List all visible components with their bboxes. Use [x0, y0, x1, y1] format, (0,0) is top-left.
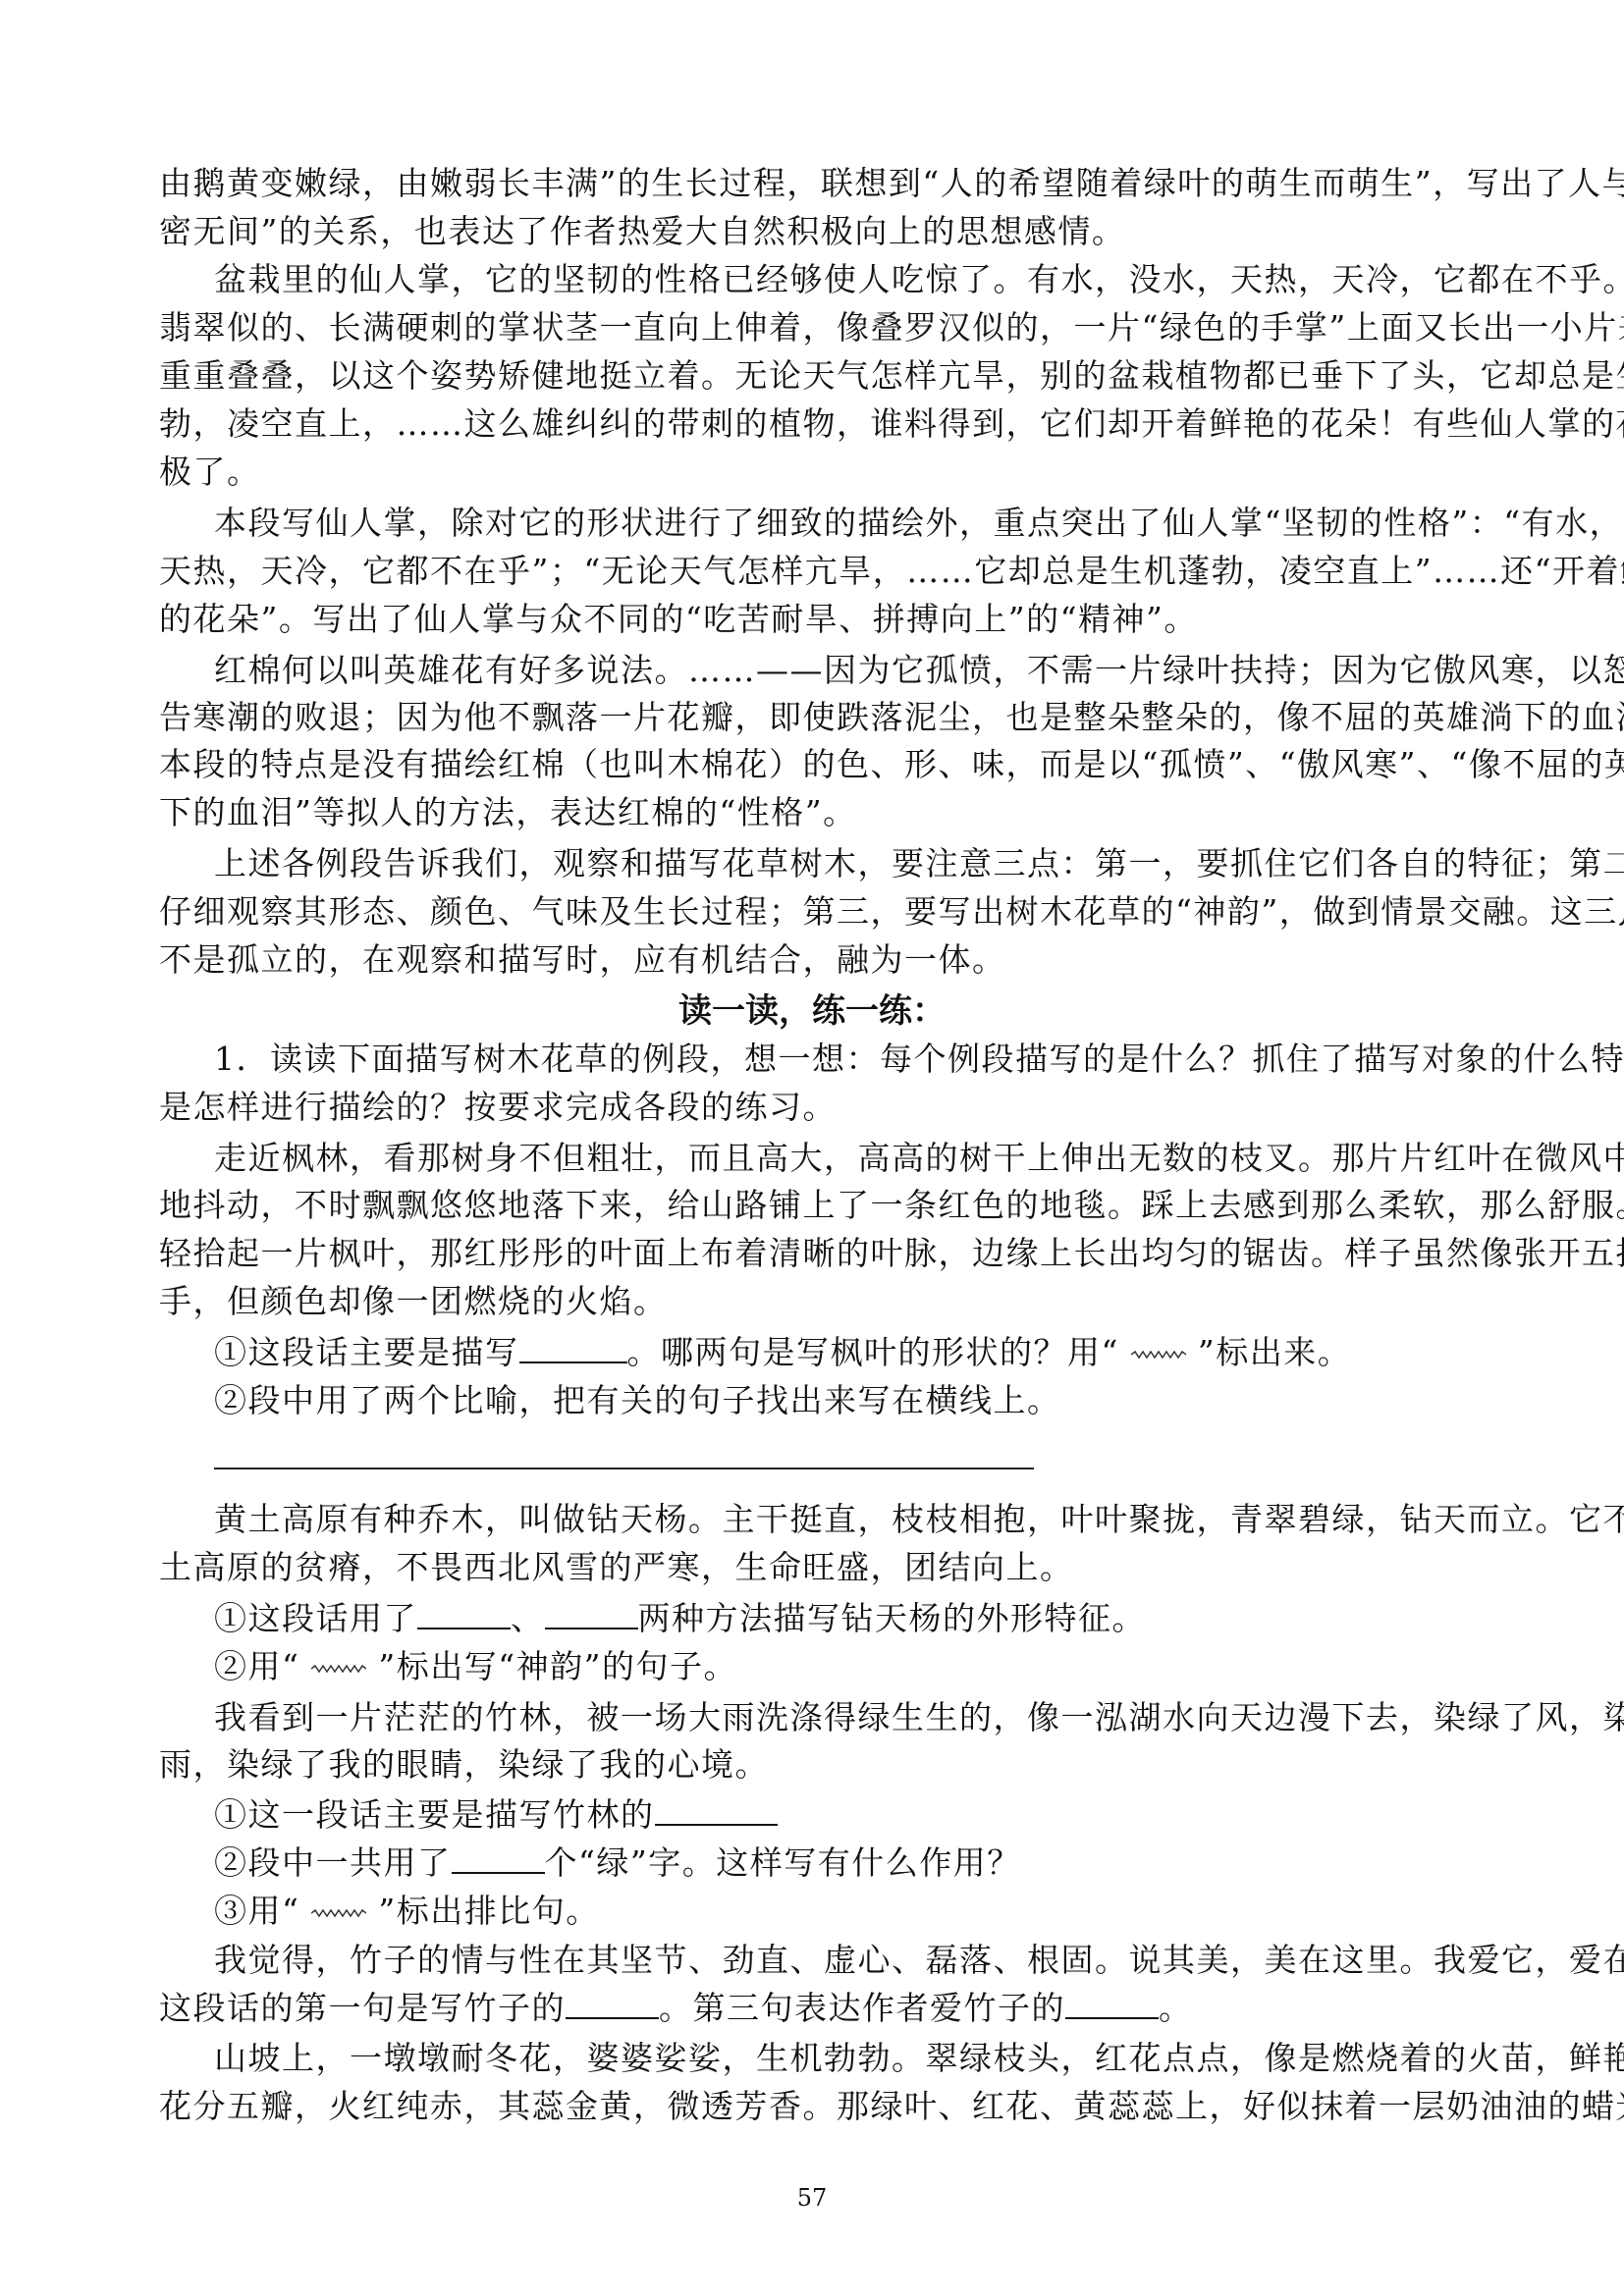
text-line: 是怎样进行描绘的？按要求完成各段的练习。: [159, 1088, 837, 1127]
text-line: 手，但颜色却像一团燃烧的火焰。: [159, 1282, 668, 1321]
text-line: 1．读读下面描写树木花草的例段，想一想：每个例段描写的是什么？抓住了描写对象的什…: [214, 1040, 1529, 1079]
text-line: 雨，染绿了我的眼睛，染绿了我的心境。: [159, 1745, 769, 1785]
text-line: 上述各例段告诉我们，观察和描写花草树木，要注意三点：第一，要抓住它们各自的特征；…: [214, 844, 1529, 883]
text-line: 地抖动，不时飘飘悠悠地落下来，给山路铺上了一条红色的地毯。踩上去感到那么柔软，那…: [159, 1186, 1529, 1225]
text-line: 我看到一片茫茫的竹林，被一场大雨洗涤得绿生生的，像一泓湖水向天边漫下去，染绿了风…: [214, 1698, 1529, 1737]
question-text: ②用“: [214, 1647, 299, 1685]
text-line: 下的血泪”等拟人的方法，表达红棉的“性格”。: [159, 793, 857, 832]
answer-blank[interactable]: [519, 1334, 627, 1363]
question-text: ”标出排比句。: [378, 1892, 599, 1930]
text-line: 本段的特点是没有描绘红棉（也叫木棉花）的色、形、味，而是以“孤愤”、“傲风寒”、…: [159, 745, 1529, 784]
question-text: 、: [511, 1599, 545, 1637]
question-text: ①这段话主要是描写: [214, 1333, 519, 1371]
answer-blank[interactable]: [655, 1796, 778, 1826]
question-bamboo-character: 这段话的第一句是写竹子的。第三句表达作者爱竹子的。: [159, 1989, 1193, 2028]
question-text: ”标出写“神韵”的句子。: [378, 1647, 737, 1685]
text-line: 不是孤立的，在观察和描写时，应有机结合，融为一体。: [159, 940, 1006, 980]
section-heading: 读一读，练一练：: [0, 991, 1624, 1031]
wavy-underline-icon: [311, 1908, 366, 1918]
question-text: ③用“: [214, 1892, 299, 1930]
question-text: 这段话的第一句是写竹子的: [159, 1989, 566, 2027]
text-line: 翡翠似的、长满硬刺的掌状茎一直向上伸着，像叠罗汉似的，一片“绿色的手掌”上面又长…: [159, 308, 1529, 347]
text-line: 密无间”的关系，也表达了作者热爱大自然积极向上的思想感情。: [159, 212, 1125, 251]
answer-blank[interactable]: [1065, 1990, 1159, 2019]
question-poplar-1: ①这段话用了、两种方法描写钻天杨的外形特征。: [214, 1599, 1146, 1638]
question-bamboo-2: ②段中一共用了个“绿”字。这样写有什么作用？: [214, 1843, 1021, 1883]
page-number: 57: [0, 2184, 1624, 2212]
text-line: 的花朵”。写出了仙人掌与众不同的“吃苦耐旱、拼搏向上”的“精神”。: [159, 600, 1198, 639]
question-bamboo-3: ③用“ ”标出排比句。: [214, 1892, 600, 1931]
wavy-underline-icon: [1131, 1350, 1186, 1360]
question-text: ①这段话用了: [214, 1599, 417, 1637]
answer-blank[interactable]: [566, 1990, 659, 2019]
question-bamboo-1: ①这一段话主要是描写竹林的: [214, 1795, 778, 1835]
text-line: 告寒潮的败退；因为他不飘落一片花瓣，即使跌落泥尘，也是整朵整朵的，像不屈的英雄淌…: [159, 698, 1624, 737]
text-line: 山坡上，一墩墩耐冬花，婆婆娑娑，生机勃勃。翠绿枝头，红花点点，像是燃烧着的火苗，…: [214, 2039, 1529, 2078]
text-line: 轻拾起一片枫叶，那红彤彤的叶面上布着清晰的叶脉，边缘上长出均匀的锯齿。样子虽然像…: [159, 1234, 1529, 1273]
text-line: 土高原的贫瘠，不畏西北风雪的严寒，生命旺盛，团结向上。: [159, 1548, 1074, 1587]
question-maple-2: ②段中用了两个比喻，把有关的句子找出来写在横线上。: [214, 1381, 1061, 1420]
question-maple-1: ①这段话主要是描写。哪两句是写枫叶的形状的？用“ ”标出来。: [214, 1333, 1351, 1372]
question-text: 个“绿”字。这样写有什么作用？: [545, 1843, 1021, 1882]
text-line: 勃，凌空直上，……这么雄纠纠的带刺的植物，谁料得到，它们却开着鲜艳的花朵！有些仙…: [159, 404, 1529, 444]
answer-blank[interactable]: [452, 1844, 545, 1874]
question-text: 两种方法描写钻天杨的外形特征。: [638, 1599, 1147, 1637]
text-line: 由鹅黄变嫩绿，由嫩弱长丰满”的生长过程，联想到“人的希望随着绿叶的萌生而萌生”，…: [159, 164, 1529, 203]
wavy-underline-icon: [311, 1664, 366, 1674]
text-line: 花分五瓣，火红纯赤，其蕊金黄，微透芳香。那绿叶、红花、黄蕊蕊上，好似抹着一层奶油…: [159, 2087, 1624, 2126]
text-line: 本段写仙人掌，除对它的形状进行了细致的描绘外，重点突出了仙人掌“坚韧的性格”：“…: [214, 504, 1529, 543]
answer-blank[interactable]: [417, 1600, 511, 1629]
text-line: 天热，天冷，它都不在乎”；“无论天气怎样亢旱，……它却总是生机蓬勃，凌空直上”……: [159, 552, 1529, 591]
text-line: 仔细观察其形态、颜色、气味及生长过程；第三，要写出树木花草的“神韵”，做到情景交…: [159, 892, 1529, 932]
question-poplar-2: ②用“ ”标出写“神韵”的句子。: [214, 1647, 737, 1686]
answer-blank[interactable]: [545, 1600, 638, 1629]
text-line: 我觉得，竹子的情与性在其坚节、劲直、虚心、磊落、根固。说其美，美在这里。我爱它，…: [214, 1941, 1529, 1980]
question-text: ”标出来。: [1198, 1333, 1351, 1371]
text-line: 盆栽里的仙人掌，它的坚韧的性格已经够使人吃惊了。有水，没水，天热，天冷，它都在不…: [214, 260, 1529, 299]
question-text: ②段中一共用了: [214, 1843, 452, 1882]
text-line: 重重叠叠，以这个姿势矫健地挺立着。无论天气怎样亢旱，别的盆栽植物都已垂下了头，它…: [159, 356, 1529, 396]
question-text: 。哪两句是写枫叶的形状的？用“: [627, 1333, 1119, 1371]
question-text: 。: [1159, 1989, 1193, 2027]
text-line: 红棉何以叫英雄花有好多说法。……——因为它孤愤，不需一片绿叶扶持；因为它傲风寒，…: [214, 651, 1529, 690]
text-line: 极了。: [159, 453, 261, 492]
answer-line[interactable]: [214, 1468, 1034, 1469]
question-text: ①这一段话主要是描写竹林的: [214, 1795, 655, 1834]
question-text: 。第三句表达作者爱竹子的: [659, 1989, 1065, 2027]
text-line: 黄土高原有种乔木，叫做钻天杨。主干挺直，枝枝相抱，叶叶聚拢，青翠碧绿，钻天而立。…: [214, 1500, 1529, 1539]
text-line: 走近枫林，看那树身不但粗壮，而且高大，高高的树干上伸出无数的枝叉。那片片红叶在微…: [214, 1139, 1529, 1178]
